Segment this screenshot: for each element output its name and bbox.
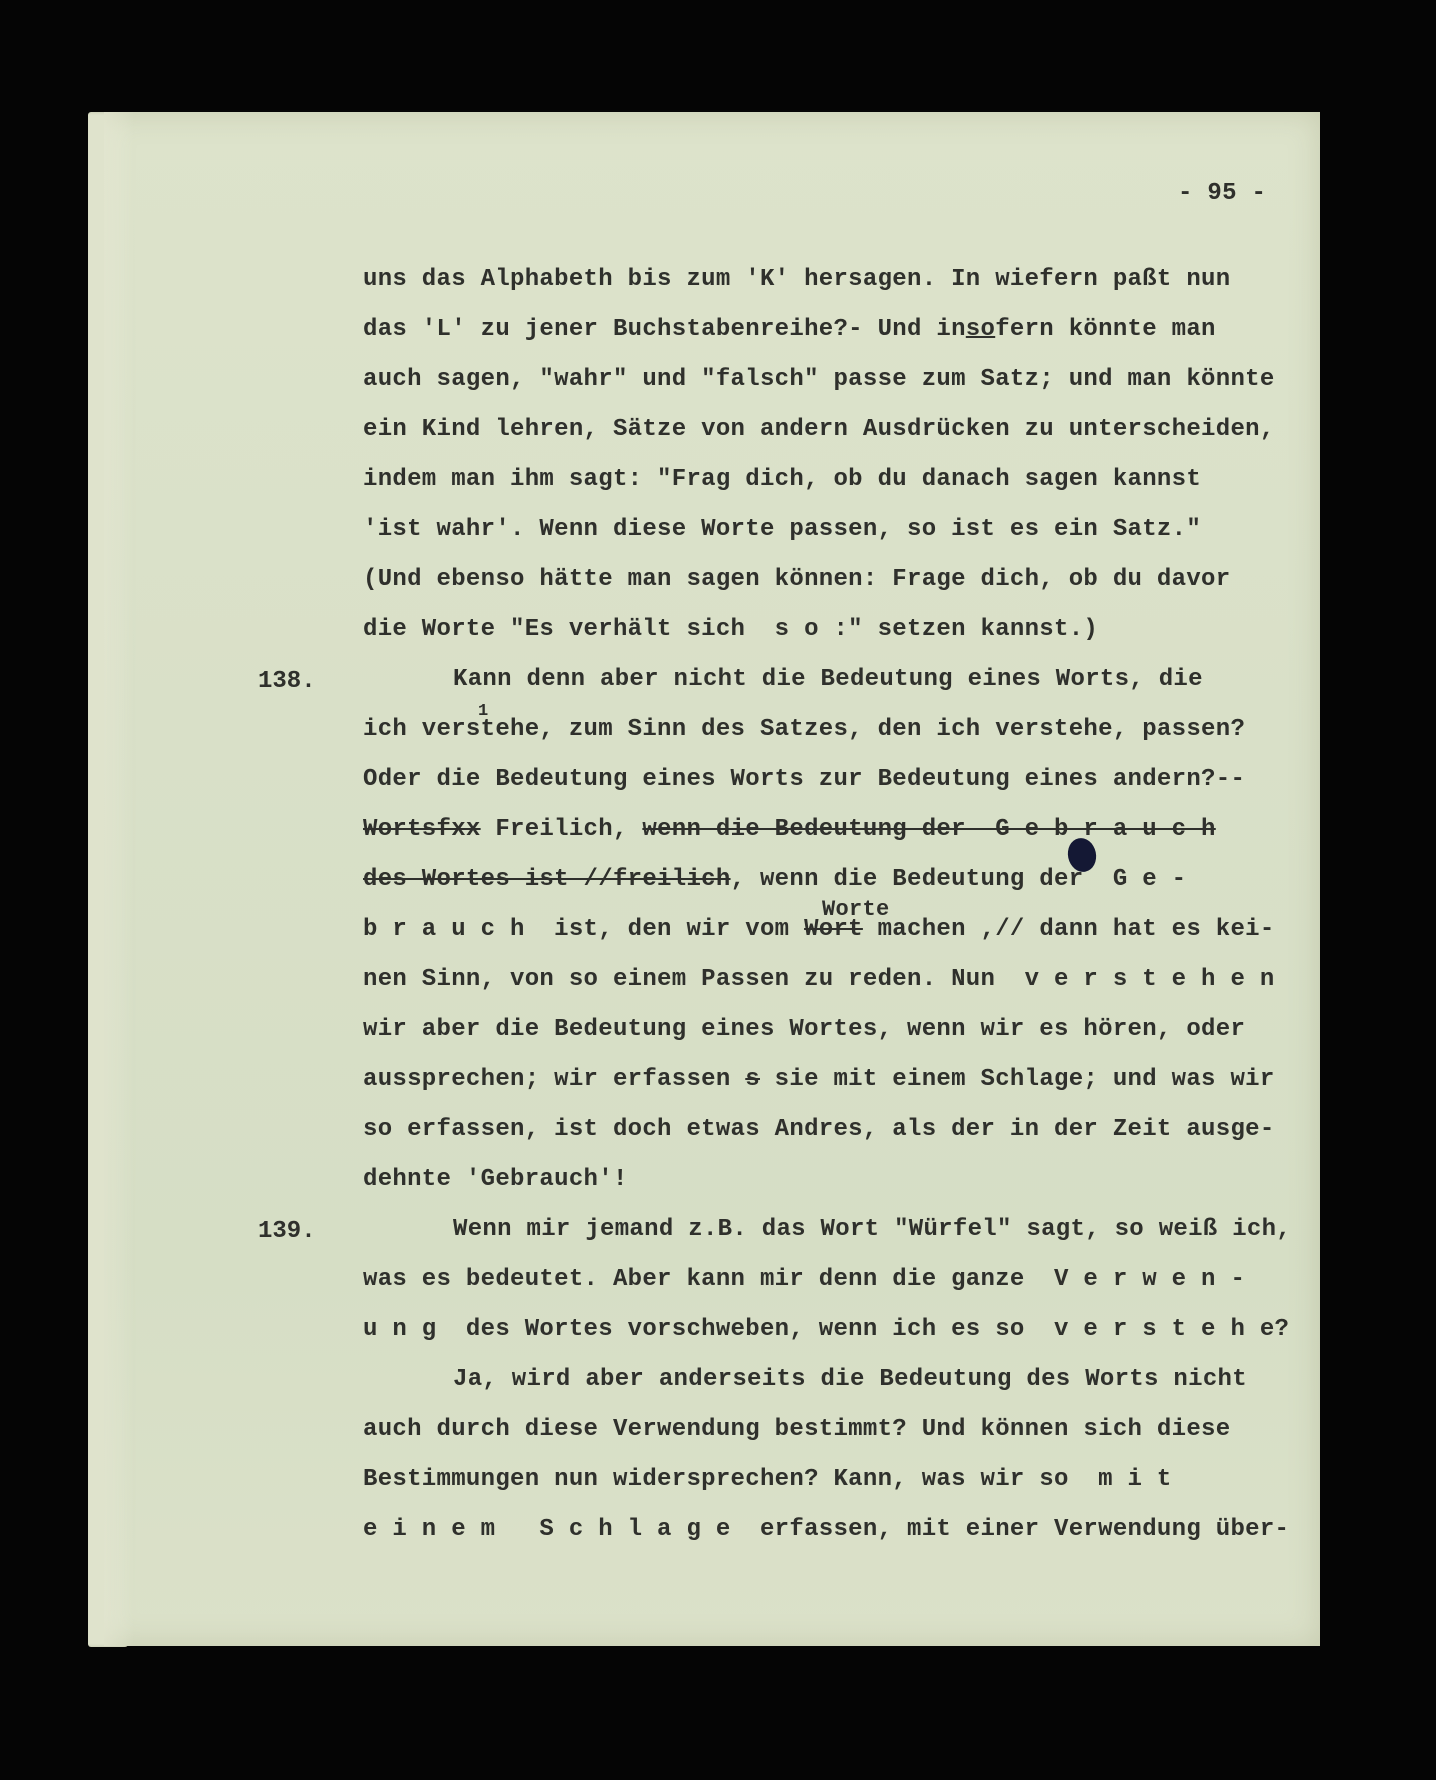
text-line: u n g des Wortes vorschweben, wenn ich e…: [363, 1318, 1289, 1342]
text-line: Bestimmungen nun widersprechen? Kann, wa…: [363, 1468, 1172, 1492]
text-line: das 'L' zu jener Buchstabenreihe?- Und i…: [363, 318, 1216, 342]
text-line: b r a u c h ist, den wir vom Wort machen…: [363, 918, 1275, 942]
text-line: auch durch diese Verwendung bestimmt? Un…: [363, 1418, 1230, 1442]
text-segment: sie mit einem Schlage; und was wir: [760, 1066, 1275, 1093]
text-line: so erfassen, ist doch etwas Andres, als …: [363, 1118, 1275, 1142]
struck-text: s: [745, 1066, 760, 1093]
page-fold-shadow: [104, 112, 134, 1646]
text-segment: aussprechen; wir erfassen: [363, 1066, 745, 1093]
text-segment: fern könnte man: [995, 316, 1216, 343]
struck-text: Wort: [804, 916, 863, 943]
paragraph-number-139: 139.: [258, 1218, 316, 1245]
text-line: e i n e m S c h l a g e erfassen, mit ei…: [363, 1518, 1289, 1542]
text-line: 'ist wahr'. Wenn diese Worte passen, so …: [363, 518, 1201, 542]
text-line: uns das Alphabeth bis zum 'K' hersagen. …: [363, 268, 1230, 292]
page-number: - 95 -: [1178, 182, 1266, 206]
text-line: Kann denn aber nicht die Bedeutung eines…: [453, 668, 1203, 692]
text-line: aussprechen; wir erfassen s sie mit eine…: [363, 1068, 1275, 1092]
text-line: auch sagen, "wahr" und "falsch" passe zu…: [363, 368, 1275, 392]
text-line: ich verstehe, zum Sinn des Satzes, den i…: [363, 718, 1245, 742]
text-line: was es bedeutet. Aber kann mir denn die …: [363, 1268, 1245, 1292]
text-line: die Worte "Es verhält sich s o :" setzen…: [363, 618, 1098, 642]
text-line: ein Kind lehren, Sätze von andern Ausdrü…: [363, 418, 1275, 442]
struck-text: wenn die Bedeutung der G e b r a u c h: [642, 816, 1215, 843]
text-line: (Und ebenso hätte man sagen können: Frag…: [363, 568, 1230, 592]
text-segment: Freilich,: [481, 816, 643, 843]
text-segment: das 'L' zu jener Buchstabenreihe?- Und i…: [363, 316, 966, 343]
text-line: Oder die Bedeutung eines Worts zur Bedeu…: [363, 768, 1245, 792]
text-line: Wortsfxx Freilich, wenn die Bedeutung de…: [363, 818, 1216, 842]
text-line: Ja, wird aber anderseits die Bedeutung d…: [453, 1368, 1247, 1392]
struck-text: Wortsfxx: [363, 816, 481, 843]
text-line: indem man ihm sagt: "Frag dich, ob du da…: [363, 468, 1201, 492]
paragraph-number-138: 138.: [258, 668, 316, 695]
text-segment: , wenn die Bedeutung der G e -: [731, 866, 1187, 893]
text-line: des Wortes ist //freilich, wenn die Bede…: [363, 868, 1186, 892]
underlined-text: so: [966, 316, 995, 343]
struck-text: des Wortes ist //freilich: [363, 866, 731, 893]
text-line: wir aber die Bedeutung eines Wortes, wen…: [363, 1018, 1245, 1042]
text-line: nen Sinn, von so einem Passen zu reden. …: [363, 968, 1275, 992]
text-segment: machen ,// dann hat es kei-: [863, 916, 1275, 943]
text-line: Wenn mir jemand z.B. das Wort "Würfel" s…: [453, 1218, 1291, 1242]
text-segment: b r a u c h ist, den wir vom: [363, 916, 804, 943]
text-line: dehnte 'Gebrauch'!: [363, 1168, 628, 1192]
